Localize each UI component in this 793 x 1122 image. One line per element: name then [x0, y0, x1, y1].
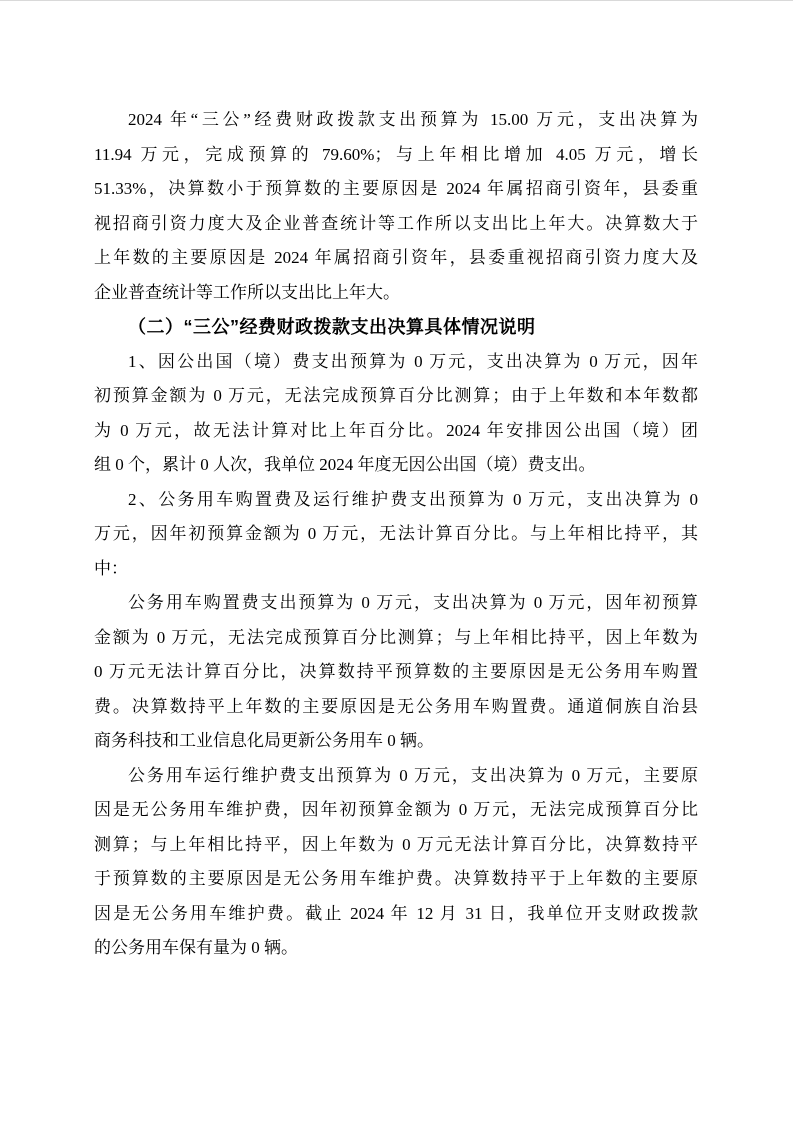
text-line: 0 万元无法计算百分比，决算数持平预算数的主要原因是无公务用车购置 [94, 655, 698, 690]
text-line: 企业普查统计等工作所以支出比上年大。 [94, 276, 698, 311]
paragraph-vehicle-maintenance: 公务用车运行维护费支出预算为 0 万元，支出决算为 0 万元，主要原 因是无公务… [94, 759, 698, 966]
text-line: 11.94 万元，完成预算的 79.60%；与上年相比增加 4.05 万元，增长 [94, 138, 698, 173]
text-line: 2024 年“三公”经费财政拨款支出预算为 15.00 万元，支出决算为 [94, 103, 698, 138]
document-page: 2024 年“三公”经费财政拨款支出预算为 15.00 万元，支出决算为 11.… [0, 0, 793, 1122]
text-line: 公务用车运行维护费支出预算为 0 万元，支出决算为 0 万元，主要原 [94, 759, 698, 794]
text-line: 上年数的主要原因是 2024 年属招商引资年，县委重视招商引资力度大及 [94, 241, 698, 276]
paragraph-vehicle-purchase: 公务用车购置费支出预算为 0 万元，支出决算为 0 万元，因年初预算 金额为 0… [94, 586, 698, 759]
text-line: 的公务用车保有量为 0 辆。 [94, 931, 698, 966]
paragraph-overseas-travel: 1、因公出国（境）费支出预算为 0 万元，支出决算为 0 万元，因年 初预算金额… [94, 345, 698, 483]
document-text-block: 2024 年“三公”经费财政拨款支出预算为 15.00 万元，支出决算为 11.… [94, 103, 698, 966]
text-line: 金额为 0 万元，无法完成预算百分比测算；与上年相比持平，因上年数为 [94, 621, 698, 656]
text-line: 于预算数的主要原因是无公务用车维护费。决算数持平于上年数的主要原 [94, 862, 698, 897]
text-line: 1、因公出国（境）费支出预算为 0 万元，支出决算为 0 万元，因年 [94, 345, 698, 380]
text-line: 因是无公务用车维护费。截止 2024 年 12 月 31 日，我单位开支财政拨款 [94, 897, 698, 932]
text-line: 测算；与上年相比持平，因上年数为 0 万元无法计算百分比，决算数持平 [94, 828, 698, 863]
paragraph-sangong-overview: 2024 年“三公”经费财政拨款支出预算为 15.00 万元，支出决算为 11.… [94, 103, 698, 310]
text-line: 2、公务用车购置费及运行维护费支出预算为 0 万元，支出决算为 0 [94, 483, 698, 518]
text-line: 公务用车购置费支出预算为 0 万元，支出决算为 0 万元，因年初预算 [94, 586, 698, 621]
text-line: 万元，因年初预算金额为 0 万元，无法计算百分比。与上年相比持平，其 [94, 517, 698, 552]
text-line: 费。决算数持平上年数的主要原因是无公务用车购置费。通道侗族自治县 [94, 690, 698, 725]
paragraph-vehicle-intro: 2、公务用车购置费及运行维护费支出预算为 0 万元，支出决算为 0 万元，因年初… [94, 483, 698, 587]
text-line: 初预算金额为 0 万元，无法完成预算百分比测算；由于上年数和本年数都 [94, 379, 698, 414]
text-line: 商务科技和工业信息化局更新公务用车 0 辆。 [94, 724, 698, 759]
text-line: 中： [94, 552, 698, 587]
section-heading: （二）“三公”经费财政拨款支出决算具体情况说明 [94, 310, 698, 345]
text-line: 组 0 个，累计 0 人次，我单位 2024 年度无因公出国（境）费支出。 [94, 448, 698, 483]
text-line: 51.33%，决算数小于预算数的主要原因是 2024 年属招商引资年，县委重 [94, 172, 698, 207]
text-line: 因是无公务用车维护费，因年初预算金额为 0 万元，无法完成预算百分比 [94, 793, 698, 828]
text-line: 为 0 万元，故无法计算对比上年百分比。2024 年安排因公出国（境）团 [94, 414, 698, 449]
text-line: 视招商引资力度大及企业普查统计等工作所以支出比上年大。决算数大于 [94, 207, 698, 242]
